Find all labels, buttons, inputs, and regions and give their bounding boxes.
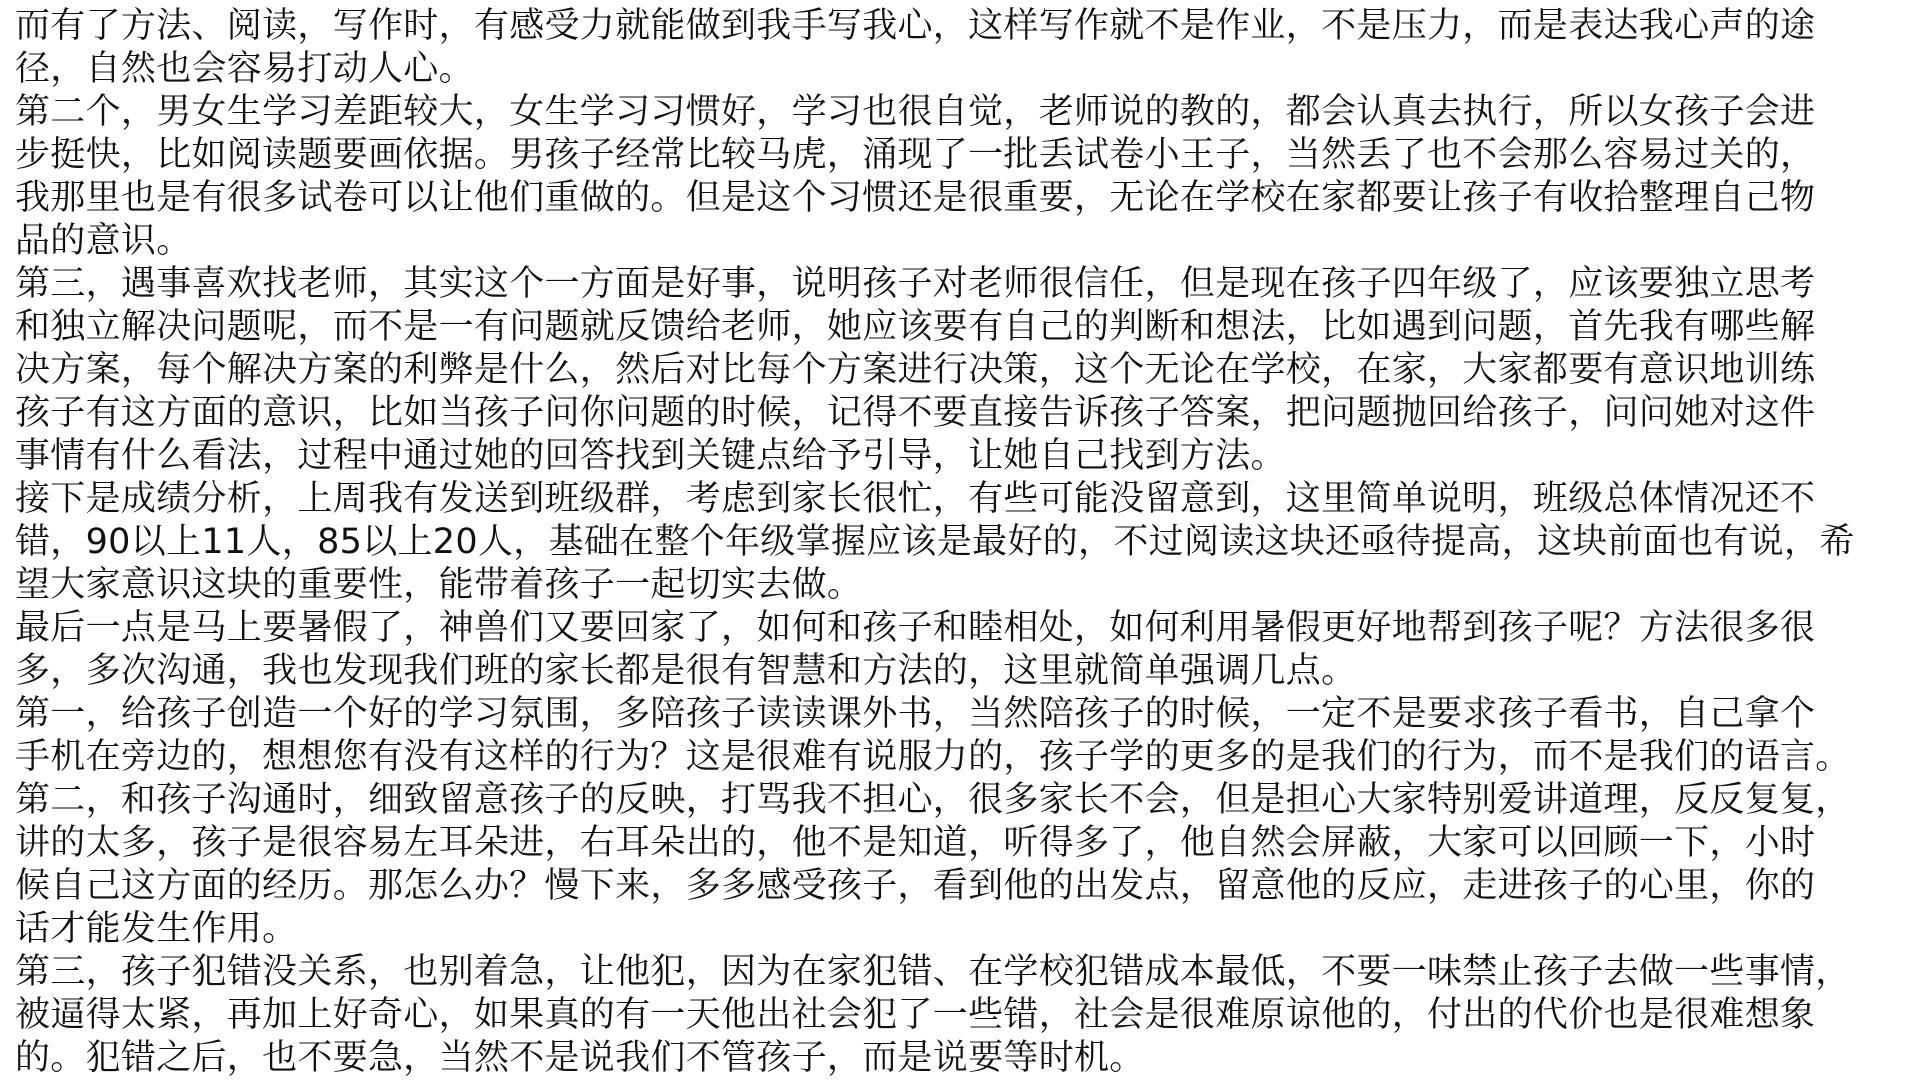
text-line: 第三，遇事喜欢找老师，其实这个一方面是好事，说明孩子对老师很信任，但是现在孩子四… xyxy=(15,263,1905,306)
text-line: 孩子有这方面的意识，比如当孩子问你问题的时候，记得不要直接告诉孩子答案，把问题抛… xyxy=(15,392,1905,435)
paragraph-writing-method: 而有了方法、阅读，写作时，有感受力就能做到我手写我心，这样写作就不是作业，不是压… xyxy=(15,5,1905,91)
text-line: 讲的太多，孩子是很容易左耳朵进，右耳朵出的，他不是知道，听得多了，他自然会屏蔽，… xyxy=(15,822,1905,865)
text-line: 的。犯错之后，也不要急，当然不是说我们不管孩子，而是说要等时机。 xyxy=(15,1037,1905,1080)
paragraph-point-one: 第一，给孩子创造一个好的学习氛围，多陪孩子读读课外书，当然陪孩子的时候，一定不是… xyxy=(15,693,1905,779)
paragraph-independence: 第三，遇事喜欢找老师，其实这个一方面是好事，说明孩子对老师很信任，但是现在孩子四… xyxy=(15,263,1905,478)
text-line: 径，自然也会容易打动人心。 xyxy=(15,48,1905,91)
document-body: 而有了方法、阅读，写作时，有感受力就能做到我手写我心，这样写作就不是作业，不是压… xyxy=(15,5,1905,1080)
text-line: 决方案，每个解决方案的利弊是什么，然后对比每个方案进行决策，这个无论在学校，在家… xyxy=(15,349,1905,392)
paragraph-grade-analysis: 接下是成绩分析，上周我有发送到班级群，考虑到家长很忙，有些可能没留意到，这里简单… xyxy=(15,478,1905,607)
text-line: 第三，孩子犯错没关系，也别着急，让他犯，因为在家犯错、在学校犯错成本最低，不要一… xyxy=(15,951,1905,994)
paragraph-gender-gap: 第二个，男女生学习差距较大，女生学习习惯好，学习也很自觉，老师说的教的，都会认真… xyxy=(15,91,1905,263)
text-line: 而有了方法、阅读，写作时，有感受力就能做到我手写我心，这样写作就不是作业，不是压… xyxy=(15,5,1905,48)
text-line: 候自己这方面的经历。那怎么办？慢下来，多多感受孩子，看到他的出发点，留意他的反应… xyxy=(15,865,1905,908)
text-line: 接下是成绩分析，上周我有发送到班级群，考虑到家长很忙，有些可能没留意到，这里简单… xyxy=(15,478,1905,521)
text-line: 最后一点是马上要暑假了，神兽们又要回家了，如何和孩子和睦相处，如何利用暑假更好地… xyxy=(15,607,1905,650)
paragraph-point-two: 第二，和孩子沟通时，细致留意孩子的反映，打骂我不担心，很多家长不会，但是担心大家… xyxy=(15,779,1905,951)
text-line: 品的意识。 xyxy=(15,220,1905,263)
text-line: 望大家意识这块的重要性，能带着孩子一起切实去做。 xyxy=(15,564,1905,607)
text-line: 事情有什么看法，过程中通过她的回答找到关键点给予引导，让她自己找到方法。 xyxy=(15,435,1905,478)
text-line: 被逼得太紧，再加上好奇心，如果真的有一天他出社会犯了一些错，社会是很难原谅他的，… xyxy=(15,994,1905,1037)
text-line: 手机在旁边的，想想您有没有这样的行为？这是很难有说服力的，孩子学的更多的是我们的… xyxy=(15,736,1905,779)
text-line: 错，90以上11人，85以上20人，基础在整个年级掌握应该是最好的，不过阅读这块… xyxy=(15,521,1905,564)
paragraph-point-three: 第三，孩子犯错没关系，也别着急，让他犯，因为在家犯错、在学校犯错成本最低，不要一… xyxy=(15,951,1905,1080)
text-line: 多，多次沟通，我也发现我们班的家长都是很有智慧和方法的，这里就简单强调几点。 xyxy=(15,650,1905,693)
text-line: 我那里也是有很多试卷可以让他们重做的。但是这个习惯还是很重要，无论在学校在家都要… xyxy=(15,177,1905,220)
text-line: 第二个，男女生学习差距较大，女生学习习惯好，学习也很自觉，老师说的教的，都会认真… xyxy=(15,91,1905,134)
text-line: 和独立解决问题呢，而不是一有问题就反馈给老师，她应该要有自己的判断和想法，比如遇… xyxy=(15,306,1905,349)
text-line: 第二，和孩子沟通时，细致留意孩子的反映，打骂我不担心，很多家长不会，但是担心大家… xyxy=(15,779,1905,822)
text-line: 步挺快，比如阅读题要画依据。男孩子经常比较马虎，涌现了一批丢试卷小王子，当然丢了… xyxy=(15,134,1905,177)
paragraph-summer-intro: 最后一点是马上要暑假了，神兽们又要回家了，如何和孩子和睦相处，如何利用暑假更好地… xyxy=(15,607,1905,693)
text-line: 话才能发生作用。 xyxy=(15,908,1905,951)
text-line: 第一，给孩子创造一个好的学习氛围，多陪孩子读读课外书，当然陪孩子的时候，一定不是… xyxy=(15,693,1905,736)
